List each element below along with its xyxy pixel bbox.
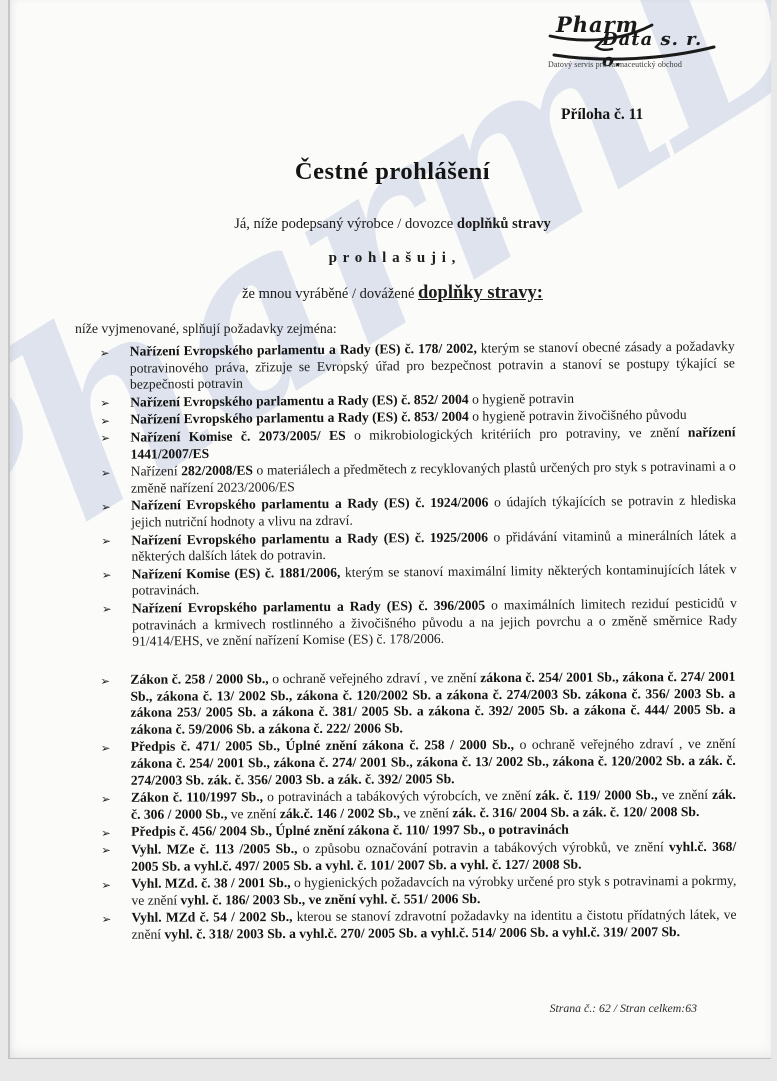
regulation-item: ➢Předpis č. 471/ 2005 Sb., Úplné znění z…	[131, 736, 736, 789]
regulation-ref: Vyhl. MZe č. 113 /2005 Sb.,	[131, 841, 297, 857]
regulation-item: ➢Vyhl. MZd č. 54 / 2002 Sb., kterou se s…	[132, 907, 737, 943]
requirements-line: níže vyjmenované, splňují požadavky zejm…	[75, 321, 736, 337]
national-law-list: ➢Zákon č. 258 / 2000 Sb., o ochraně veře…	[88, 669, 736, 944]
regulation-text: ve znění	[227, 806, 280, 821]
regulation-ref: Nařízení Evropského parlamentu a Rady (E…	[132, 597, 485, 615]
regulation-ref: Vyhl. MZd. č. 38 / 2001 Sb.,	[131, 875, 290, 891]
regulation-ref: Předpis č. 456/ 2004 Sb., Úplné znění zá…	[131, 822, 569, 839]
bullet-arrow-icon: ➢	[100, 413, 110, 430]
regulation-ref: Nařízení Komise (ES) č. 1881/2006,	[132, 565, 341, 582]
regulation-ref: 282/2008/ES	[181, 463, 253, 479]
regulation-item: ➢Vyhl. MZd. č. 38 / 2001 Sb., o hygienic…	[131, 873, 736, 909]
regulation-text: o způsobu označování potravin a tabákový…	[297, 839, 669, 856]
preamble-object-bold: doplňky stravy:	[418, 283, 543, 303]
preamble-subject-line: Já, níže podepsaný výrobce / dovozce dop…	[89, 216, 696, 233]
regulation-item: ➢Nařízení Evropského parlamentu a Rady (…	[131, 527, 736, 565]
regulation-ref: Nařízení Evropského parlamentu a Rady (E…	[130, 391, 469, 409]
regulation-item: ➢Nařízení Evropského parlamentu a Rady (…	[130, 338, 735, 393]
bullet-arrow-icon: ➢	[101, 464, 111, 481]
regulation-ref: Nařízení Komise č. 2073/2005/ ES	[130, 428, 345, 445]
bullet-arrow-icon: ➢	[100, 672, 110, 689]
regulation-item: ➢Nařízení Evropského parlamentu a Rady (…	[132, 595, 737, 650]
bullet-arrow-icon: ➢	[100, 395, 110, 412]
document-title: Čestné prohlášení	[89, 158, 696, 186]
page-footer: Strana č.: 62 / Stran celkem:63	[550, 1001, 697, 1016]
preamble-subject-bold: doplňků stravy	[457, 216, 551, 232]
regulation-ref: Nařízení Evropského parlamentu a Rady (E…	[130, 409, 469, 427]
regulation-text: o ochraně veřejného zdraví , ve znění	[269, 670, 481, 686]
regulation-ref: Předpis č. 471/ 2005 Sb., Úplné znění zá…	[131, 737, 514, 754]
bullet-arrow-icon: ➢	[101, 739, 111, 756]
document-body: Čestné prohlášení Já, níže podepsaný výr…	[10, 0, 771, 943]
preamble-declare-line: p r o h l a š u j i ,	[89, 250, 696, 267]
bullet-arrow-icon: ➢	[102, 601, 112, 618]
scanned-page: PharmData Pharm Data s. r. o. Datový ser…	[8, 0, 771, 1059]
regulation-item: ➢Nařízení 282/2008/ES o materiálech a př…	[131, 459, 736, 497]
bullet-arrow-icon: ➢	[101, 790, 111, 807]
bullet-arrow-icon: ➢	[102, 910, 112, 927]
regulation-ref: zák. č. 119/ 2000 Sb.,	[535, 787, 657, 803]
regulation-item: ➢Nařízení Komise č. 2073/2005/ ES o mikr…	[130, 424, 735, 462]
bullet-arrow-icon: ➢	[101, 842, 111, 859]
eu-regulation-list: ➢Nařízení Evropského parlamentu a Rady (…	[88, 338, 738, 650]
regulation-ref: Nařízení Evropského parlamentu a Rady (E…	[130, 341, 477, 359]
attachment-label: Příloha č. 11	[561, 106, 643, 124]
regulation-text: o ochraně veřejného zdraví , ve znění	[514, 736, 736, 752]
pharmdata-logo: Pharm Data s. r. o. Datový servis pro fa…	[546, 14, 722, 76]
regulation-item: ➢Nařízení Komise (ES) č. 1881/2006, kter…	[132, 561, 737, 599]
preamble-object-line: že mnou vyráběné / dovážené doplňky stra…	[89, 283, 696, 304]
regulation-text: Nařízení	[131, 463, 182, 478]
regulation-ref: zák. č. 316/ 2004 Sb. a zák. č. 120/ 200…	[452, 803, 699, 819]
regulation-ref: vyhl. č. 318/ 2003 Sb. a vyhl.č. 270/ 20…	[164, 924, 680, 942]
regulation-item: ➢Vyhl. MZe č. 113 /2005 Sb., o způsobu o…	[131, 838, 736, 874]
regulation-ref: Zákon č. 258 / 2000 Sb.,	[130, 671, 268, 687]
regulation-text: ve znění	[400, 805, 453, 820]
regulation-item: ➢Předpis č. 456/ 2004 Sb., Úplné znění z…	[131, 821, 736, 841]
regulation-lists: ➢Nařízení Evropského parlamentu a Rady (…	[89, 344, 736, 943]
regulation-ref: Zákon č. 110/1997 Sb.,	[131, 789, 263, 805]
regulation-text: o mikrobiologických kritériích pro potra…	[346, 425, 688, 443]
group-gap	[89, 652, 736, 665]
regulation-ref: zák.č. 146 / 2002 Sb.,	[280, 805, 400, 821]
regulation-item: ➢Nařízení Evropského parlamentu a Rady (…	[131, 493, 736, 531]
regulation-ref: zákona č. 254/ 2001 Sb., zákona č. 274/ …	[131, 752, 736, 787]
bullet-arrow-icon: ➢	[101, 499, 111, 516]
regulation-ref: Nařízení Evropského parlamentu a Rady (E…	[131, 529, 488, 547]
regulation-text: o hygieně potravin	[469, 391, 574, 407]
bullet-arrow-icon: ➢	[100, 430, 110, 447]
bullet-arrow-icon: ➢	[102, 567, 112, 584]
regulation-text: o hygieně potravin živočišného původu	[469, 407, 687, 424]
bullet-arrow-icon: ➢	[101, 876, 111, 893]
bullet-arrow-icon: ➢	[101, 824, 111, 841]
regulation-text: ve znění	[658, 787, 713, 802]
regulation-ref: Vyhl. MZd č. 54 / 2002 Sb.,	[132, 909, 293, 925]
logo-tagline: Datový servis pro farmaceutický obchod	[548, 60, 724, 69]
bullet-arrow-icon: ➢	[101, 533, 111, 550]
regulation-item: ➢Zákon č. 110/1997 Sb., o potravinách a …	[131, 787, 736, 823]
bullet-arrow-icon: ➢	[100, 344, 110, 361]
regulation-item: ➢Zákon č. 258 / 2000 Sb., o ochraně veře…	[130, 669, 735, 738]
regulation-ref: Nařízení Evropského parlamentu a Rady (E…	[131, 495, 488, 513]
preamble-subject-prefix: Já, níže podepsaný výrobce / dovozce	[234, 216, 457, 232]
regulation-text: o potravinách a tabákových výrobcích, ve…	[263, 788, 536, 804]
regulation-ref: vyhl. č. 186/ 2003 Sb., ve znění vyhl. č…	[180, 890, 480, 906]
preamble-object-prefix: že mnou vyráběné / dovážené	[242, 286, 418, 302]
